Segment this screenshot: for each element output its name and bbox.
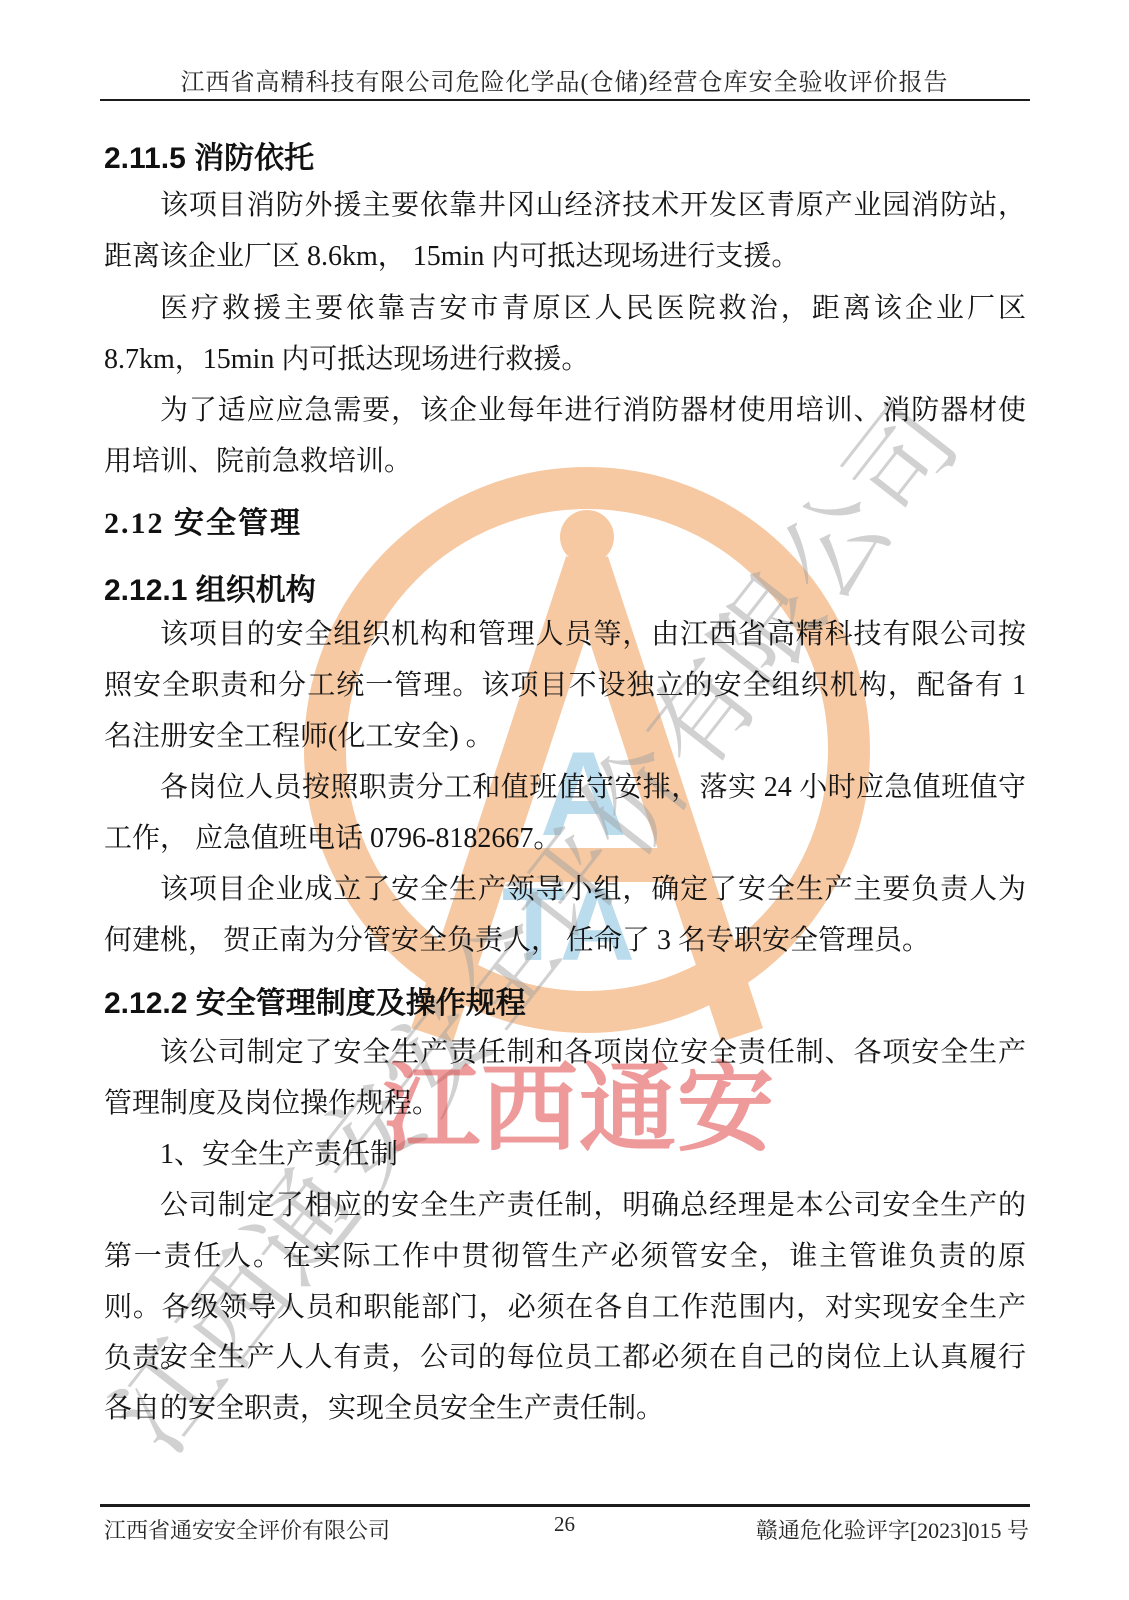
page-header-title: 江西省高精科技有限公司危险化学品(仓储)经营仓库安全验收评价报告: [0, 62, 1129, 97]
paragraph-duty-phone: 各岗位人员按照职责分工和值班值守安排，落实 24 小时应急值班值守工作， 应急值…: [104, 762, 1026, 864]
footer-document-number: 赣通危化验评字[2023]015 号: [756, 1514, 1029, 1545]
paragraph-responsibility-2: 安全生产人人有责，公司的每位员工都必须在自己的岗位上认真履行各自的安全职责，实现…: [104, 1332, 1026, 1434]
header-divider: [100, 99, 1030, 101]
section-heading-2-12-2: 2.12.2 安全管理制度及操作规程: [104, 978, 1026, 1022]
paragraph-fire-support: 该项目消防外援主要依靠井冈山经济技术开发区青原产业园消防站，距离该企业厂区 8.…: [104, 180, 1026, 282]
footer-divider: [100, 1504, 1030, 1507]
section-heading-2-12: 2.12 安全管理: [104, 498, 1026, 542]
section-heading-2-12-1: 2.12.1 组织机构: [104, 565, 1026, 609]
report-page: A TA 江西通安安全评价有限公司 江西通安 江西省高精科技有限公司危险化学品(…: [0, 0, 1129, 1600]
paragraph-medical-rescue: 医疗救援主要依靠吉安市青原区人民医院救治，距离该企业厂区 8.7km，15min…: [104, 283, 1026, 385]
paragraph-leadership-group: 该项目企业成立了安全生产领导小组，确定了安全生产主要负责人为何建桃， 贺正南为分…: [104, 864, 1026, 966]
paragraph-emergency-training: 为了适应应急需要，该企业每年进行消防器材使用培训、消防器材使用培训、院前急救培训…: [104, 385, 1026, 487]
paragraph-management-rules: 该公司制定了安全生产责任制和各项岗位安全责任制、各项安全生产管理制度及岗位操作规…: [104, 1027, 1026, 1129]
section-heading-2-11-5: 2.11.5 消防依托: [104, 133, 1026, 177]
paragraph-organization: 该项目的安全组织机构和管理人员等，由江西省高精科技有限公司按照安全职责和分工统一…: [104, 609, 1026, 762]
list-item-responsibility-system: 1、安全生产责任制: [104, 1129, 1026, 1180]
